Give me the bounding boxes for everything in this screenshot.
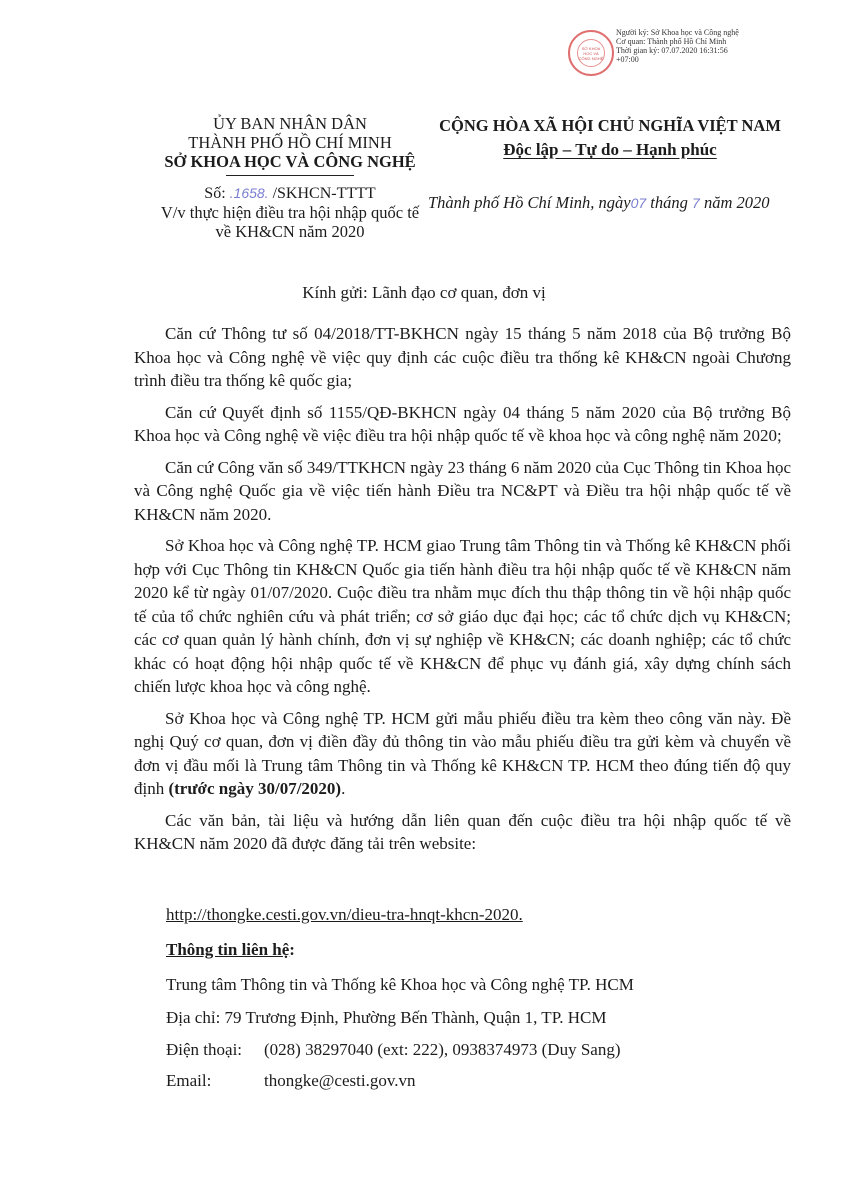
recipient: Kính gửi: Lãnh đạo cơ quan, đơn vị <box>0 283 848 303</box>
email-label: Email: <box>166 1071 264 1091</box>
national-motto: Độc lập – Tự do – Hạnh phúc <box>420 138 800 162</box>
red-seal-stamp: SỞ KHOA HỌC VÀ CÔNG NGHỆ <box>568 30 614 76</box>
phone-label: Điện thoại: <box>166 1040 264 1060</box>
contact-address: Địa chỉ: 79 Trương Định, Phường Bến Thàn… <box>166 1008 607 1028</box>
paragraph: Căn cứ Thông tư số 04/2018/TT-BKHCN ngày… <box>134 322 791 393</box>
signing-agency: Cơ quan: Thành phố Hồ Chí Minh <box>616 37 739 46</box>
date-prefix: Thành phố Hồ Chí Minh, ngày <box>428 193 631 212</box>
website-link[interactable]: http://thongke.cesti.gov.vn/dieu-tra-hnq… <box>166 905 519 924</box>
website-link-line: http://thongke.cesti.gov.vn/dieu-tra-hnq… <box>166 905 523 925</box>
seal-text: SỞ KHOA HỌC VÀ CÔNG NGHỆ <box>577 39 605 67</box>
period: . <box>341 779 345 798</box>
national-header: CỘNG HÒA XÃ HỘI CHỦ NGHĨA VIỆT NAM Độc l… <box>420 114 800 162</box>
digital-signature-info: Người ký: Sở Khoa học và Công nghệ Cơ qu… <box>616 28 739 64</box>
authority-line-1: ỦY BAN NHÂN DÂN <box>140 114 440 133</box>
authority-line-2: THÀNH PHỐ HỒ CHÍ MINH <box>140 133 440 152</box>
handwritten-month: 7 <box>692 195 700 211</box>
signing-time: Thời gian ký: 07.07.2020 16:31:56 <box>616 46 739 55</box>
paragraph: Căn cứ Công văn số 349/TTKHCN ngày 23 th… <box>134 456 791 527</box>
paragraph: Căn cứ Quyết định số 1155/QĐ-BKHCN ngày … <box>134 401 791 448</box>
paragraph: Sở Khoa học và Công nghệ TP. HCM giao Tr… <box>134 534 791 699</box>
month-label: tháng <box>650 193 688 212</box>
number-label: Số: <box>204 185 225 202</box>
subject-line-2: về KH&CN năm 2020 <box>140 222 440 241</box>
contact-email: Email:thongke@cesti.gov.vn <box>166 1071 415 1091</box>
document-date: Thành phố Hồ Chí Minh, ngày07 tháng 7 nă… <box>428 193 769 213</box>
document-body: Căn cứ Thông tư số 04/2018/TT-BKHCN ngày… <box>134 322 791 864</box>
contact-org: Trung tâm Thông tin và Thống kê Khoa học… <box>166 975 634 995</box>
header-divider <box>226 175 354 176</box>
deadline: (trước ngày 30/07/2020) <box>168 779 341 798</box>
period: . <box>519 905 523 924</box>
department-name: SỞ KHOA HỌC VÀ CÔNG NGHỆ <box>140 152 440 171</box>
handwritten-number: .1658. <box>230 185 269 201</box>
subject-line-1: V/v thực hiện điều tra hội nhập quốc tế <box>140 203 440 222</box>
document-number: Số: .1658. /SKHCN-TTTT <box>140 184 440 203</box>
paragraph-website: Các văn bản, tài liệu và hướng dẫn liên … <box>134 809 791 856</box>
number-suffix: /SKHCN-TTTT <box>273 185 376 202</box>
phone-value: (028) 38297040 (ext: 222), 0938374973 (D… <box>264 1040 621 1059</box>
paragraph-submission: Sở Khoa học và Công nghệ TP. HCM gửi mẫu… <box>134 707 791 801</box>
nation-name: CỘNG HÒA XÃ HỘI CHỦ NGHĨA VIỆT NAM <box>420 114 800 138</box>
email-value[interactable]: thongke@cesti.gov.vn <box>264 1071 415 1090</box>
signing-timezone: +07:00 <box>616 55 739 64</box>
contact-phone: Điện thoại:(028) 38297040 (ext: 222), 09… <box>166 1040 621 1060</box>
contact-title-text: Thông tin liên hệ <box>166 940 289 959</box>
issuing-authority: ỦY BAN NHÂN DÂN THÀNH PHỐ HỒ CHÍ MINH SỞ… <box>140 114 440 241</box>
colon: : <box>289 940 295 960</box>
year-label: năm 2020 <box>704 193 770 212</box>
signer: Người ký: Sở Khoa học và Công nghệ <box>616 28 739 37</box>
contact-title: Thông tin liên hệ: <box>166 940 295 960</box>
handwritten-day: 07 <box>631 195 647 211</box>
